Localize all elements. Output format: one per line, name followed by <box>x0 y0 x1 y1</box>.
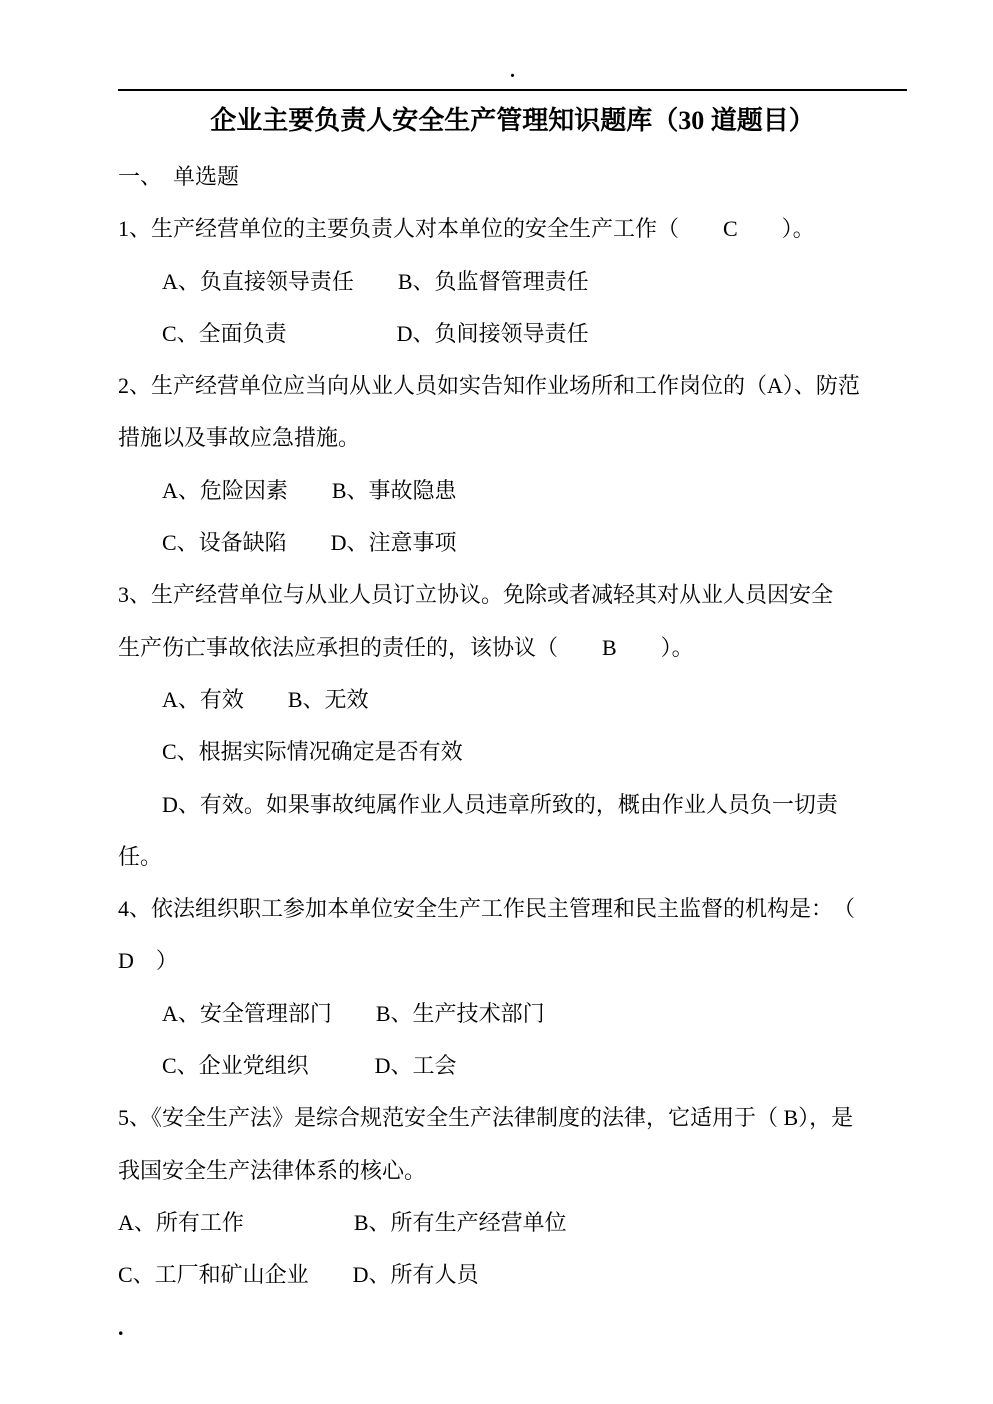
question-5-options-ab: A、所有工作 B、所有生产经营单位 <box>118 1197 907 1249</box>
question-5-stem-line-2: 我国安全生产法律体系的核心。 <box>118 1145 907 1197</box>
section-heading: 一、 单选题 <box>118 151 907 203</box>
question-1-options-cd: C、全面负责 D、负间接领导责任 <box>118 308 907 360</box>
question-3-option-d-continuation: 任。 <box>118 831 907 883</box>
question-4-options-ab: A、安全管理部门 B、生产技术部门 <box>118 988 907 1040</box>
question-3-option-d: D、有效。如果事故纯属作业人员违章所致的，概由作业人员负一切责 <box>118 779 907 831</box>
question-2-stem-line-2: 措施以及事故应急措施。 <box>118 412 907 464</box>
header-divider: . <box>118 0 907 91</box>
question-list: 一、 单选题 1、生产经营单位的主要负责人对本单位的安全生产工作（ C ）。 A… <box>118 151 907 1302</box>
question-1-options-ab: A、负直接领导责任 B、负监督管理责任 <box>118 256 907 308</box>
question-3-options-ab: A、有效 B、无效 <box>118 674 907 726</box>
question-1-stem: 1、生产经营单位的主要负责人对本单位的安全生产工作（ C ）。 <box>118 203 907 255</box>
document-page: . 企业主要负责人安全生产管理知识题库（30 道题目） 一、 单选题 1、生产经… <box>0 0 993 1404</box>
question-4-options-cd: C、企业党组织 D、工会 <box>118 1040 907 1092</box>
question-2-options-ab: A、危险因素 B、事故隐患 <box>118 465 907 517</box>
question-5-stem-line-1: 5、《安全生产法》是综合规范安全生产法律制度的法律，它适用于（ B），是 <box>118 1092 907 1144</box>
question-2-stem-line-1: 2、生产经营单位应当向从业人员如实告知作业场所和工作岗位的（A）、防范 <box>118 360 907 412</box>
question-4-stem-line-1: 4、依法组织职工参加本单位安全生产工作民主管理和民主监督的机构是： （ <box>118 883 907 935</box>
question-3-stem-line-1: 3、生产经营单位与从业人员订立协议。免除或者减轻其对从业人员因安全 <box>118 569 907 621</box>
trailing-dot: . <box>118 1302 907 1354</box>
question-5-options-cd: C、工厂和矿山企业 D、所有人员 <box>118 1249 907 1301</box>
question-2-options-cd: C、设备缺陷 D、注意事项 <box>118 517 907 569</box>
header-dot: . <box>510 61 515 89</box>
page-title: 企业主要负责人安全生产管理知识题库（30 道题目） <box>118 91 907 151</box>
question-3-stem-line-2: 生产伤亡事故依法应承担的责任的，该协议（ B ）。 <box>118 622 907 674</box>
question-4-stem-line-2: D ） <box>118 935 907 987</box>
question-3-option-c: C、根据实际情况确定是否有效 <box>118 726 907 778</box>
